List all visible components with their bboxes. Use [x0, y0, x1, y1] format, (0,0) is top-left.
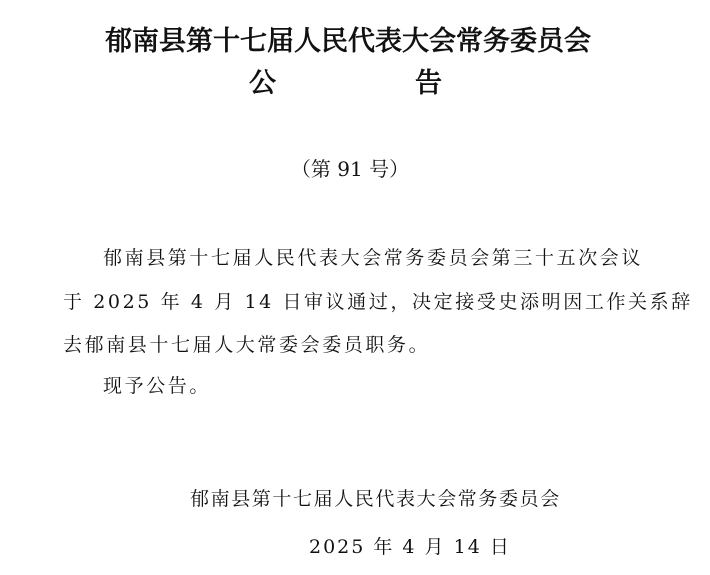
body-paragraph-line: 去郁南县十七届人大常委会委员职务。: [63, 323, 643, 367]
body-paragraph-line: 于 2025 年 4 月 14 日审议通过，决定接受史添明因工作关系辞: [63, 280, 643, 324]
issue-date: 2025 年 4 月 14 日: [309, 532, 511, 562]
notice-title: 郁南县第十七届人民代表大会常务委员会: [0, 26, 703, 58]
subtitle-char-gao: 告: [415, 68, 442, 100]
document-number: （第 91 号）: [0, 156, 705, 182]
issuer-signature: 郁南县第十七届人民代表大会常务委员会: [190, 484, 561, 514]
closing-statement: 现予公告。: [103, 364, 683, 408]
body-paragraph-line: 郁南县第十七届人民代表大会常务委员会第三十五次会议: [103, 236, 683, 280]
subtitle-char-gong: 公: [249, 68, 276, 100]
